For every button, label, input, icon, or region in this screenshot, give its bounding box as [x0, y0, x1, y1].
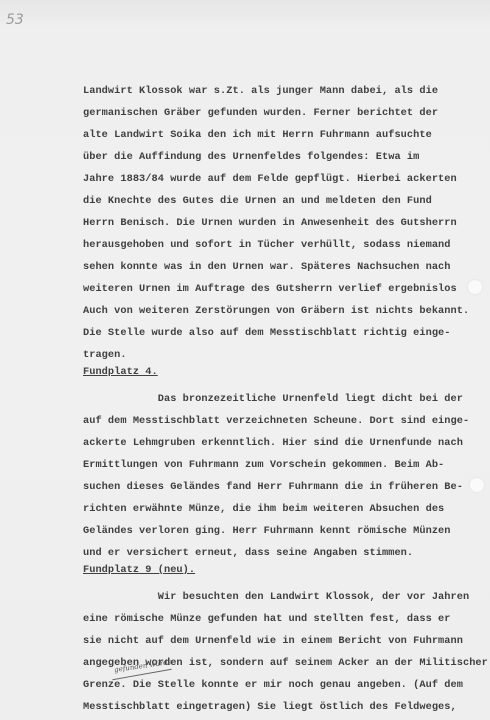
text-line: richten erwähnte Münze, die ihm beim wei…: [83, 503, 444, 515]
text-line: alte Landwirt Soika den ich mit Herrn Fu…: [83, 129, 432, 141]
text-line: germanischen Gräber gefunden wurden. Fer…: [83, 107, 438, 119]
text-line: Das bronzezeitliche Urnenfeld liegt dich…: [83, 393, 463, 405]
text-line: Die Stelle wurde also auf dem Messtischb…: [83, 327, 451, 339]
text-line: und er versichert erneut, dass seine Ang…: [83, 547, 413, 559]
text-line: Messtischblatt eingetragen) Sie liegt ös…: [83, 701, 457, 713]
text-line: ackerte Lehmgruben erkenntlich. Hier sin…: [83, 437, 463, 449]
text-line: tragen.: [83, 349, 127, 361]
text-line: sehen konnte was in den Urnen war. Späte…: [83, 261, 451, 273]
text-line: über die Auffindung des Urnenfeldes folg…: [83, 151, 419, 163]
section-heading: Fundplatz 9 (neu).: [83, 564, 195, 576]
text-line: sie nicht auf dem Urnenfeld wie in einem…: [83, 635, 463, 647]
text-line: Auch von weiteren Zerstörungen von Gräbe…: [83, 305, 469, 317]
text-line: weiteren Urnen im Auftrage des Gutsherrn…: [83, 283, 457, 295]
punch-hole: [470, 478, 484, 492]
text-line: Herrn Benisch. Die Urnen wurden in Anwes…: [83, 217, 457, 229]
text-line: herausgehoben und sofort in Tücher verhü…: [83, 239, 451, 251]
text-line: eine römische Münze gefunden hat und ste…: [83, 613, 451, 625]
text-line: Geländes verloren ging. Herr Fuhrmann ke…: [83, 525, 451, 537]
text-line: suchen dieses Geländes fand Herr Fuhrman…: [83, 481, 463, 493]
section-heading: Fundplatz 4.: [83, 366, 158, 378]
text-line: Grenze. Die Stelle konnte er mir noch ge…: [83, 679, 463, 691]
text-line: Wir besuchten den Landwirt Klossok, der …: [83, 591, 469, 603]
punch-hole: [468, 280, 482, 294]
text-line: auf dem Messtischblatt verzeichneten Sch…: [83, 415, 469, 427]
text-line: Jahre 1883/84 wurde auf dem Felde gepflü…: [83, 173, 457, 185]
document-page: 53 Landwirt Klossok war s.Zt. als junger…: [0, 0, 490, 720]
text-line: Landwirt Klossok war s.Zt. als junger Ma…: [83, 85, 438, 97]
text-line: die Knechte des Gutes die Urnen an und m…: [83, 195, 432, 207]
text-line: Ermittlungen von Fuhrmann zum Vorschein …: [83, 459, 444, 471]
page-number: 53: [6, 12, 24, 28]
